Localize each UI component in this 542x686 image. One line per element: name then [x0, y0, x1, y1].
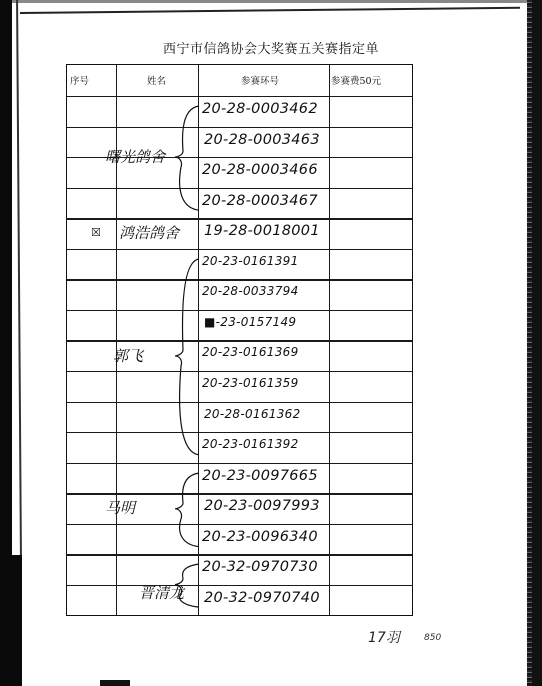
- seq-mark: ☒: [91, 226, 101, 239]
- row-divider: [67, 585, 412, 586]
- ring-number-cell: 20-32-0970730: [202, 559, 318, 575]
- row-divider: [67, 310, 412, 311]
- ring-number-cell: 20-23-0161392: [202, 437, 299, 451]
- scan-mark-bottom: [100, 680, 130, 686]
- row-divider: [67, 218, 412, 219]
- row-divider: [67, 402, 412, 403]
- ring-number-cell: 19-28-0018001: [204, 223, 320, 239]
- ring-number-cell: 20-28-0003466: [202, 162, 318, 178]
- registration-table: 序号 姓名 参赛环号 参赛费50元 20-28-000346220-28-000…: [66, 64, 413, 616]
- ring-number-cell: 20-28-0033794: [202, 284, 299, 298]
- scan-border-left: [0, 0, 12, 686]
- ring-number-cell: 20-23-0096340: [202, 529, 318, 545]
- footer-bird-count: 17羽: [368, 627, 400, 647]
- row-divider: [67, 127, 412, 128]
- group-brace-icon: [173, 104, 203, 214]
- row-divider: [67, 340, 412, 341]
- owner-name: 马明: [105, 497, 135, 518]
- column-header-fee: 参赛费50元: [331, 73, 381, 87]
- owner-name: 鸿浩鸽舍: [119, 222, 179, 243]
- ring-number-cell: ■-23-0157149: [204, 315, 296, 329]
- scan-edge-top: [0, 0, 542, 3]
- ring-number-cell: 20-28-0003463: [204, 132, 320, 148]
- owner-name: 郭飞: [113, 345, 143, 366]
- owner-name: 曙光鸽舍: [105, 146, 165, 167]
- footer-amount: 850: [424, 633, 441, 643]
- group-brace-icon: [173, 257, 203, 459]
- ring-number-cell: 20-28-0161362: [204, 407, 301, 421]
- ring-number-cell: 20-23-0097993: [204, 498, 320, 514]
- row-divider: [67, 463, 412, 464]
- document-title: 西宁市信鸽协会大奖赛五关赛指定单: [0, 38, 542, 57]
- ring-number-cell: 20-28-0003467: [202, 193, 318, 209]
- column-header-seq: 序号: [70, 73, 89, 87]
- row-divider: [67, 493, 412, 494]
- row-divider: [67, 249, 412, 250]
- group-brace-icon: [173, 471, 203, 551]
- row-divider: [67, 432, 412, 433]
- row-divider: [67, 188, 412, 189]
- scan-border-right-noise: [527, 0, 532, 686]
- column-header-name: 姓名: [147, 73, 166, 87]
- ring-number-cell: 20-23-0161391: [202, 254, 299, 268]
- row-divider: [67, 279, 412, 280]
- group-brace-icon: [173, 562, 203, 611]
- row-divider: [67, 524, 412, 525]
- ring-number-cell: 20-23-0161359: [202, 376, 299, 390]
- scan-paper-edge: [16, 0, 22, 555]
- scan-paper-edge-top: [20, 7, 520, 14]
- ring-number-cell: 20-32-0970740: [204, 590, 320, 606]
- row-divider: [67, 554, 412, 555]
- scan-border-left-lower: [12, 555, 22, 686]
- ring-number-cell: 20-28-0003462: [202, 101, 318, 117]
- row-divider: [67, 371, 412, 372]
- column-header-ring: 参赛环号: [241, 73, 279, 87]
- ring-number-cell: 20-23-0097665: [202, 468, 318, 484]
- ring-number-cell: 20-23-0161369: [202, 345, 299, 359]
- row-divider: [67, 96, 412, 97]
